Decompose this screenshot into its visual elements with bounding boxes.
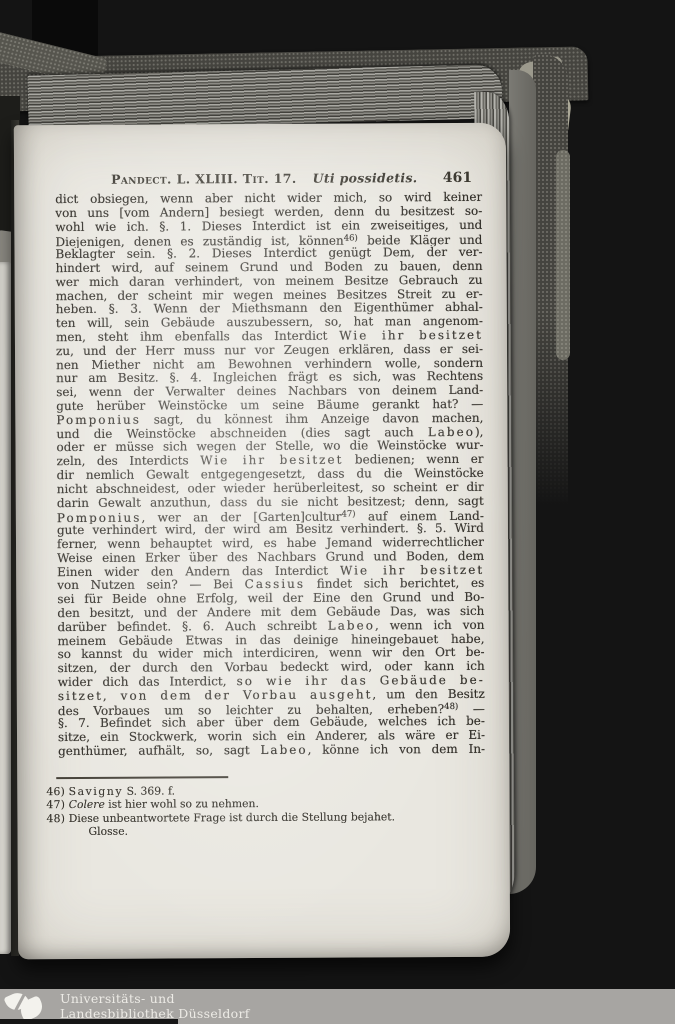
page-number: 461 (443, 170, 472, 186)
footer-notch (0, 1019, 178, 1024)
footnote-separator-rule (56, 776, 228, 778)
running-head: Pandect. L. XLIII. Tit. 17. Uti possidet… (55, 170, 482, 188)
library-name: Universitäts- und Landesbibliothek Düsse… (60, 992, 250, 1021)
footnote: Glosse. (46, 823, 486, 839)
footnotes-block: 46) Savigny S. 369. f.47) Colere ist hie… (46, 783, 486, 839)
book-scan: Pandect. L. XLIII. Tit. 17. Uti possidet… (0, 0, 675, 1024)
library-name-line1: Universitäts- und (60, 992, 250, 1007)
book-page: Pandect. L. XLIII. Tit. 17. Uti possidet… (14, 123, 510, 960)
facing-page-edge (0, 262, 11, 954)
text-line: genthümer, aufhält, so, sagt Labeo, könn… (58, 743, 485, 759)
running-head-latin-title: Uti possidetis. (313, 170, 418, 186)
body-text-block: dict obsiegen, wenn aber nicht wider mic… (55, 191, 485, 759)
running-head-title: Pandect. L. XLIII. Tit. 17. (111, 171, 297, 187)
torn-cover-strip (556, 150, 570, 360)
page-stack-top-edges (27, 64, 502, 130)
